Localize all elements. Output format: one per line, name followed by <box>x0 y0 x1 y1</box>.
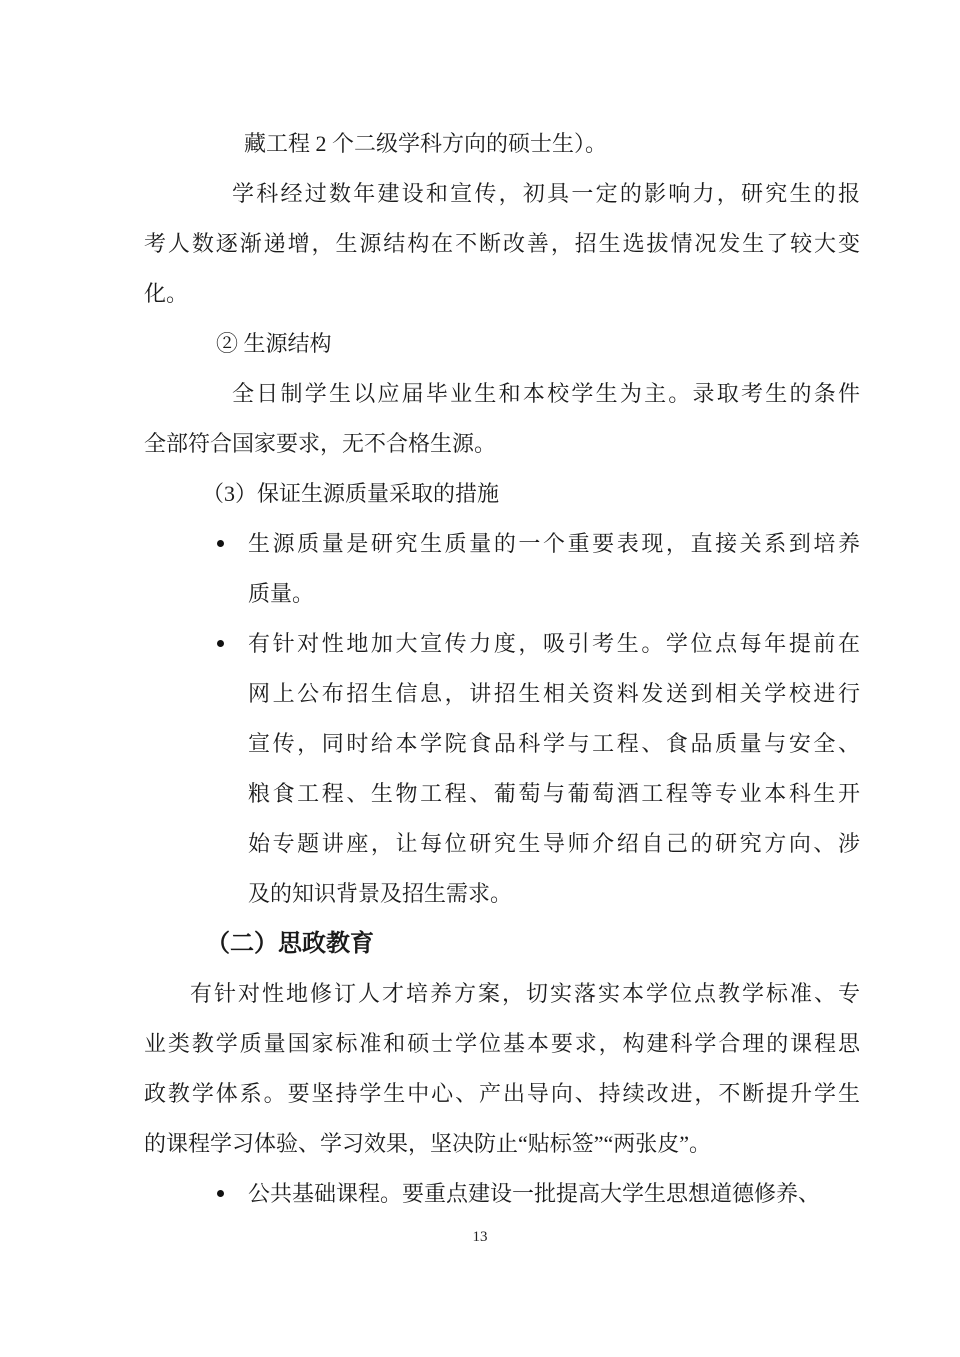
page-number: 13 <box>473 1229 488 1245</box>
page-footer: 13 <box>0 1226 960 1248</box>
text-line: 全部符合国家要求，无不合格生源。 <box>144 419 860 469</box>
bullet-item-line: 宣传，同时给本学院食品科学与工程、食品质量与安全、 <box>144 719 860 769</box>
bullet-item-line: 及的知识背景及招生需求。 <box>144 869 860 919</box>
text-line: 政教学体系。要坚持学生中心、产出导向、持续改进，不断提升学生 <box>144 1069 860 1119</box>
bullet-icon <box>217 1190 224 1197</box>
section-heading: （二）思政教育 <box>144 919 860 969</box>
text-line: 化。 <box>144 269 860 319</box>
numbered-subheading: ② 生源结构 <box>144 319 860 369</box>
bullet-item-line: 有针对性地加大宣传力度，吸引考生。学位点每年提前在 <box>144 619 860 669</box>
numbered-subheading: （3）保证生源质量采取的措施 <box>144 469 860 519</box>
bullet-item-line: 生源质量是研究生质量的一个重要表现，直接关系到培养 <box>144 519 860 569</box>
bullet-item-line: 网上公布招生信息，讲招生相关资料发送到相关学校进行 <box>144 669 860 719</box>
text-line: 藏工程 2 个二级学科方向的硕士生）。 <box>144 119 860 169</box>
bullet-item-line: 质量。 <box>144 569 860 619</box>
page-body: 藏工程 2 个二级学科方向的硕士生）。 学科经过数年建设和宣传，初具一定的影响力… <box>144 119 860 1219</box>
text-line: 业类教学质量国家标准和硕士学位基本要求，构建科学合理的课程思 <box>144 1019 860 1069</box>
bullet-icon <box>217 640 224 647</box>
text-line: 学科经过数年建设和宣传，初具一定的影响力，研究生的报 <box>144 169 860 219</box>
bullet-item-text: 公共基础课程。要重点建设一批提高大学生思想道德修养、 <box>248 1181 820 1206</box>
bullet-item-line: 粮食工程、生物工程、葡萄与葡萄酒工程等专业本科生开 <box>144 769 860 819</box>
bullet-icon <box>217 540 224 547</box>
text-line: 全日制学生以应届毕业生和本校学生为主。录取考生的条件 <box>144 369 860 419</box>
text-line: 的课程学习体验、学习效果，坚决防止“贴标签”“两张皮”。 <box>144 1119 860 1169</box>
bullet-item-text: 有针对性地加大宣传力度，吸引考生。学位点每年提前在 <box>248 631 860 656</box>
document-page: 藏工程 2 个二级学科方向的硕士生）。 学科经过数年建设和宣传，初具一定的影响力… <box>0 0 960 1357</box>
bullet-item-text: 生源质量是研究生质量的一个重要表现，直接关系到培养 <box>248 531 860 556</box>
bullet-item-line: 公共基础课程。要重点建设一批提高大学生思想道德修养、 <box>144 1169 860 1219</box>
text-line: 有针对性地修订人才培养方案，切实落实本学位点教学标准、专 <box>144 969 860 1019</box>
text-line: 考人数逐渐递增，生源结构在不断改善，招生选拔情况发生了较大变 <box>144 219 860 269</box>
bullet-item-line: 始专题讲座，让每位研究生导师介绍自己的研究方向、涉 <box>144 819 860 869</box>
